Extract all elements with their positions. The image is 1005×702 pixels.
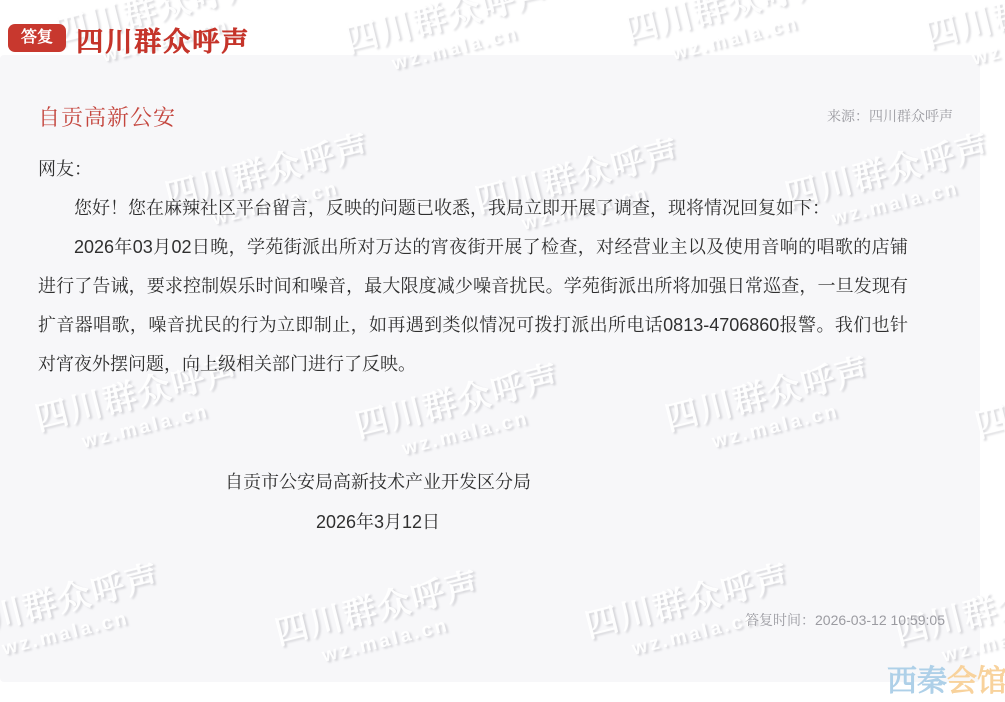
site-logo[interactable]: 四川群众呼声	[76, 20, 250, 59]
reply-status-badge: 答复	[8, 24, 66, 52]
signature-block: 自贡市公安局高新技术产业开发区分局 2026年3月12日	[38, 462, 718, 542]
corner-logo-part2: 会馆	[947, 665, 1005, 698]
page: 四川群众呼声wz.mala.cn四川群众呼声wz.mala.cn四川群众呼声wz…	[0, 0, 1005, 702]
content: 答复 四川群众呼声 自贡高新公安 来源：四川群众呼声 网友： 您好！您在麻辣社区…	[0, 0, 1005, 702]
salutation: 网友：	[38, 150, 908, 189]
reply-time: 答复时间：2026-03-12 10:59:05	[745, 610, 945, 630]
signature-org: 自贡市公安局高新技术产业开发区分局	[38, 462, 718, 502]
corner-logo: 西秦会馆	[887, 656, 1005, 700]
signature-date: 2026年3月12日	[38, 502, 718, 542]
corner-logo-part1: 西秦	[887, 665, 947, 698]
article-body: 网友： 您好！您在麻辣社区平台留言，反映的问题已收悉，我局立即开展了调查，现将情…	[38, 150, 908, 384]
article-title: 自贡高新公安	[38, 101, 176, 132]
paragraph-2: 2026年03月02日晚，学苑街派出所对万达的宵夜街开展了检查，对经营业主以及使…	[38, 228, 908, 384]
paragraph-1: 您好！您在麻辣社区平台留言，反映的问题已收悉，我局立即开展了调查，现将情况回复如…	[38, 189, 908, 228]
article-source: 来源：四川群众呼声	[827, 106, 953, 126]
